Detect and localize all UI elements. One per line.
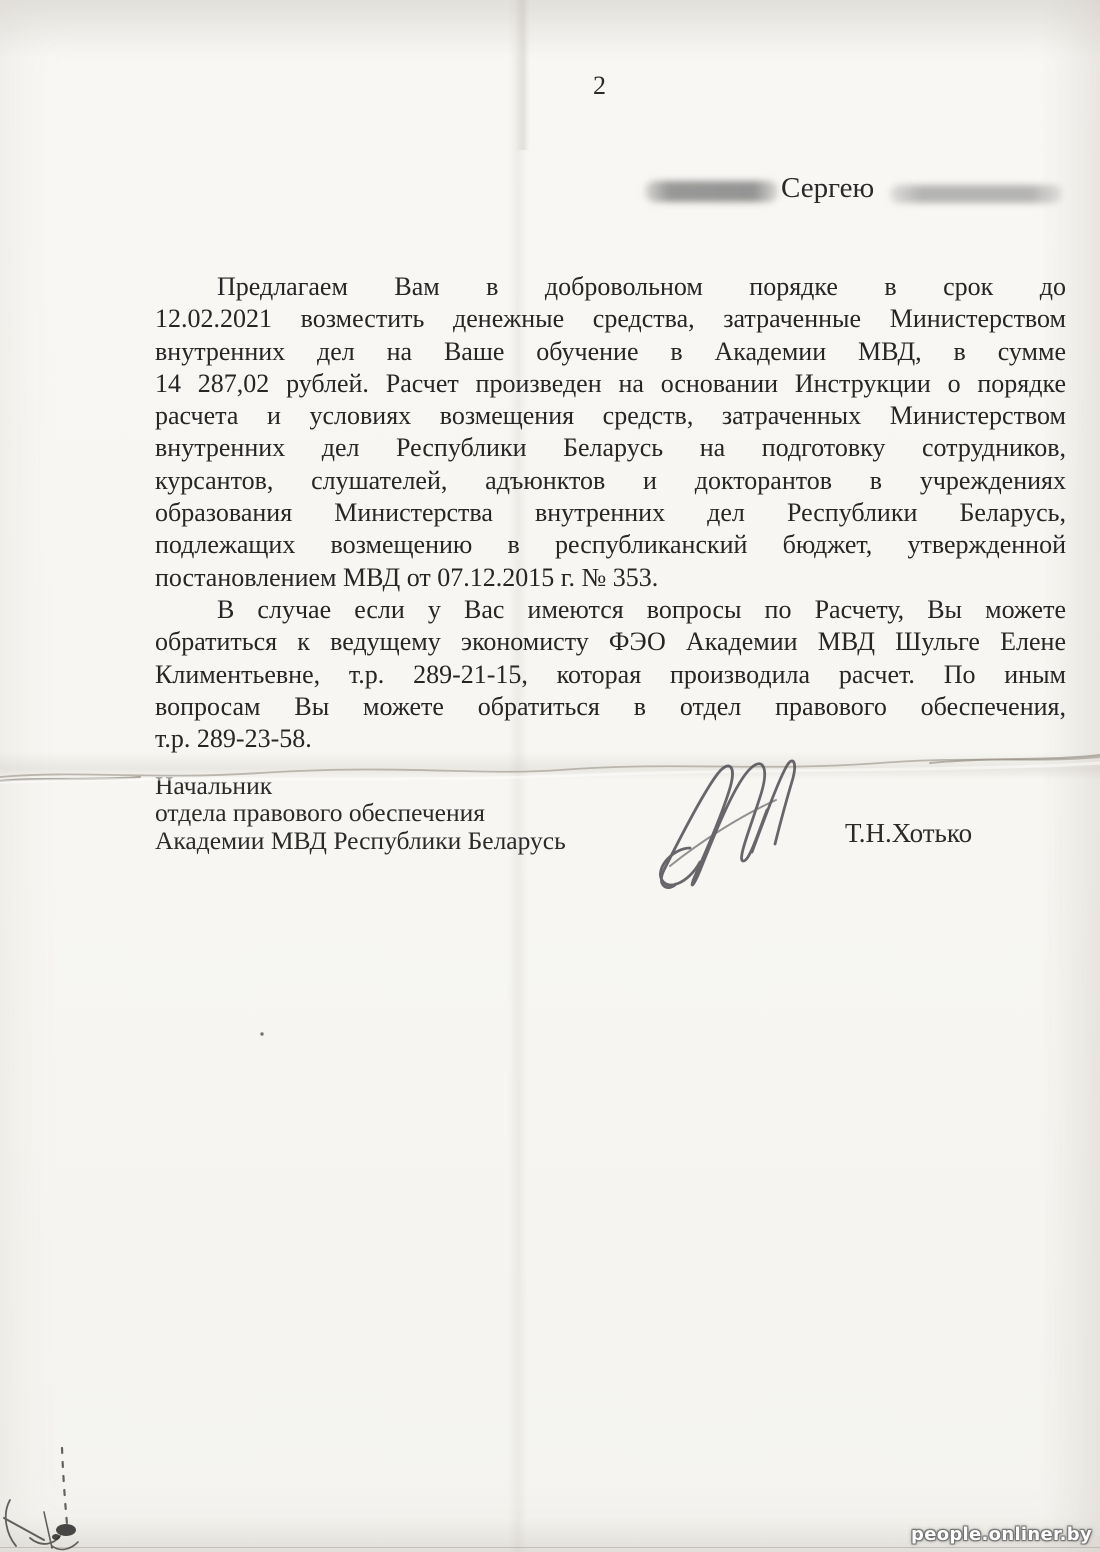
body-line: образования Министерства внутренних дел …: [155, 497, 1066, 529]
body-line: 14 287,02 рублей. Расчет произведен на о…: [155, 368, 1066, 400]
body-line: курсантов, слушателей, адъюнктов и докто…: [155, 465, 1066, 497]
pen-ink-blobs: [52, 1524, 76, 1540]
body-line: постановлением МВД от 07.12.2015 г. № 35…: [155, 562, 1066, 594]
paper-bottom-edge: [0, 1547, 1100, 1548]
body-line: обратиться к ведущему экономисту ФЭО Ака…: [155, 626, 1066, 658]
signer-title-block: Начальник отдела правового обеспечения А…: [155, 772, 675, 854]
signer-title-line: Академии МВД Республики Беларусь: [155, 827, 675, 854]
signer-title-line: Начальник: [155, 772, 675, 799]
body-line: Предлагаем Вам в добровольном порядке в …: [155, 271, 1066, 303]
body-line: В случае если у Вас имеются вопросы по Р…: [155, 594, 1066, 626]
handwritten-signature: [660, 761, 794, 888]
body-line: вопросам Вы можете обратиться в отдел пр…: [155, 691, 1066, 723]
signer-title-line: отдела правового обеспечения: [155, 799, 675, 826]
body-line: расчета и условиях возмещения средств, з…: [155, 400, 1066, 432]
redacted-patronymic: [890, 185, 1062, 203]
body-line: 12.02.2021 возместить денежные средства,…: [155, 303, 1066, 335]
scanned-letter-page: 2 Сергею Предлагаем Вам в добровольном п…: [0, 0, 1100, 1552]
body-line: подлежащих возмещению в республиканский …: [155, 529, 1066, 561]
redacted-surname: [645, 181, 778, 202]
paper-shading-top: [0, 0, 1100, 55]
body-line: т.р. 289-23-58.: [155, 723, 1066, 755]
watermark-text: people.onliner.by: [911, 1524, 1092, 1545]
body-line: внутренних дел на Ваше обучение в Академ…: [155, 336, 1066, 368]
page-number: 2: [593, 71, 606, 101]
pen-scribble-marks: [4, 1448, 78, 1549]
body-line: внутренних дел Республики Беларусь на по…: [155, 432, 1066, 464]
letter-body: Предлагаем Вам в добровольном порядке в …: [155, 271, 1066, 755]
vertical-fold-crease-top: [516, 0, 530, 150]
signer-name: Т.Н.Хотько: [845, 818, 972, 849]
addressee-name: Сергею: [781, 172, 874, 205]
paper-shading-right: [1040, 0, 1100, 1552]
body-line: Климентьевне, т.р. 289-21-15, которая пр…: [155, 659, 1066, 691]
paper-speck: [260, 1032, 263, 1035]
